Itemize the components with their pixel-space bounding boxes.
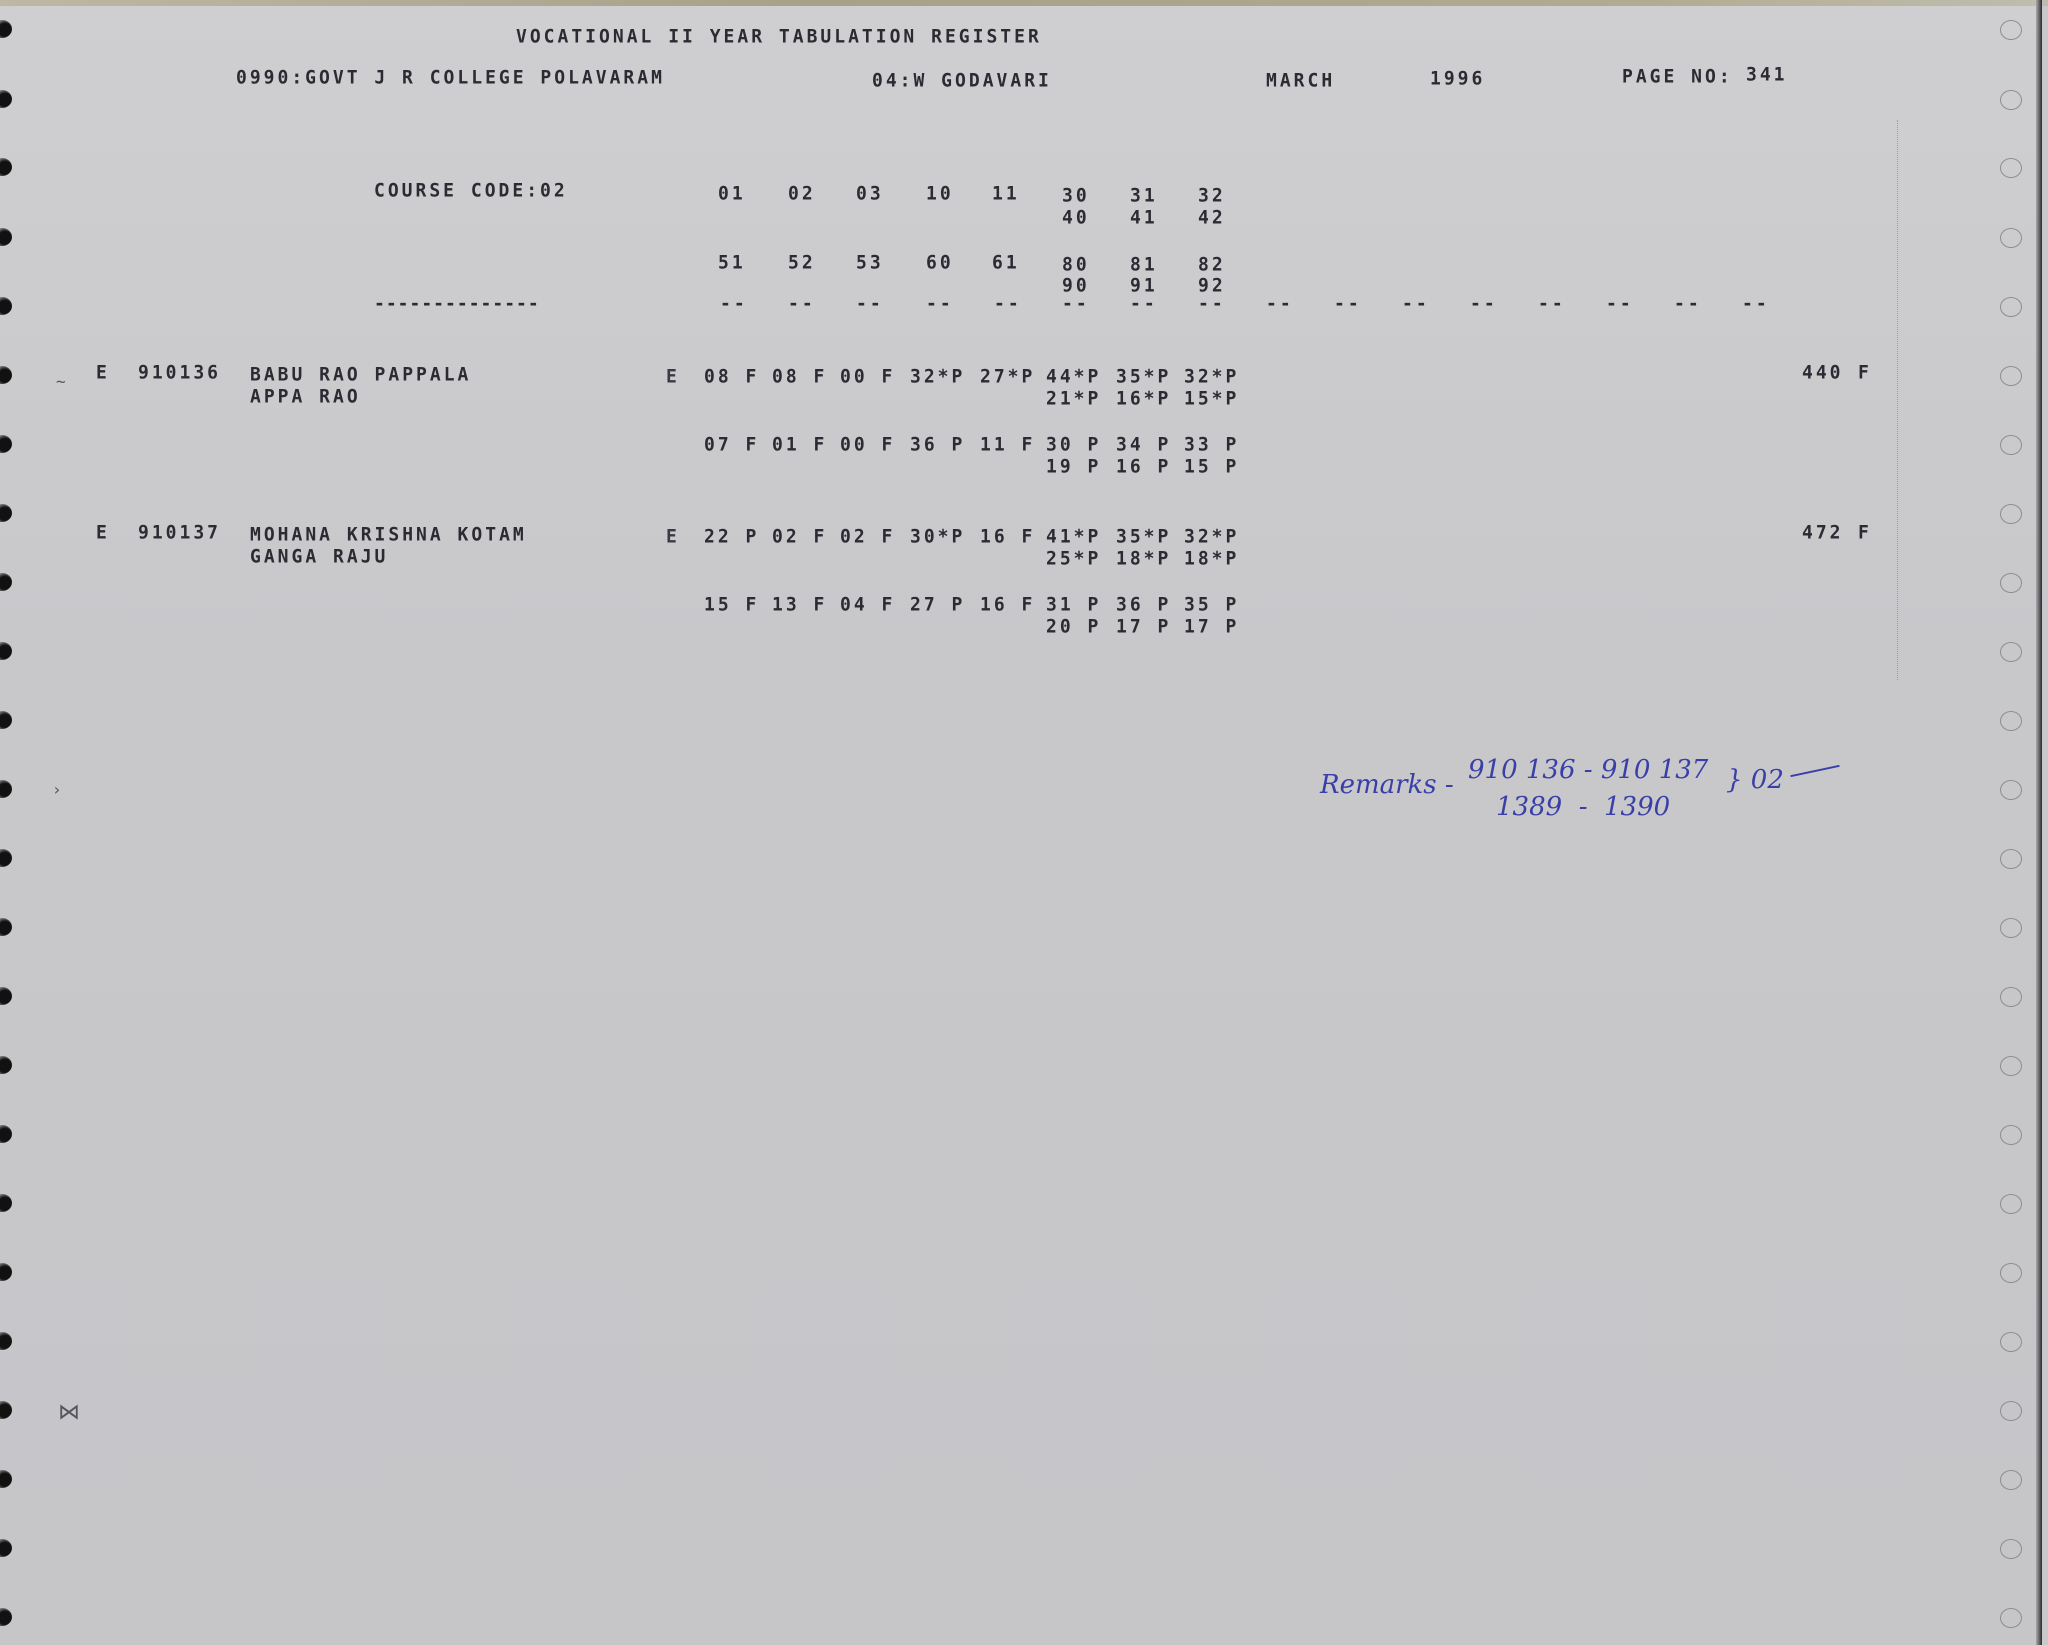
paper-right-edge [2036, 0, 2042, 1645]
tabulation-register-sheet: VOCATIONAL II YEAR TABULATION REGISTER 0… [0, 0, 2042, 1645]
exam-year: 1996 [1430, 67, 1485, 89]
page-label: PAGE NO: [1622, 65, 1733, 87]
father-name: APPA RAO [250, 385, 361, 407]
course-code: COURSE CODE:02 [374, 179, 568, 201]
exam-month: MARCH [1266, 69, 1335, 91]
underline-stroke [1790, 765, 1839, 777]
register-title: VOCATIONAL II YEAR TABULATION REGISTER [516, 25, 1042, 47]
result-status: F [1858, 361, 1872, 383]
remarks-range-line1: 910 136 - 910 137 [1468, 755, 1708, 785]
course-dash-line: -------------- [374, 292, 540, 314]
college-name: 0990:GOVT J R COLLEGE POLAVARAM [236, 66, 665, 88]
hall-ticket-number: 910136 [138, 361, 221, 383]
page-number: 341 [1746, 63, 1788, 85]
total-marks: 472 [1802, 521, 1844, 543]
medium: E [666, 365, 680, 387]
medium: E [666, 525, 680, 547]
student-type: E [96, 521, 110, 543]
remarks-label: Remarks - [1320, 770, 1454, 800]
student-name: BABU RAO PAPPALA [250, 363, 471, 385]
staple-mark-icon: ⋈ [58, 1400, 80, 1425]
student-name: MOHANA KRISHNA KOTAM [250, 523, 527, 545]
total-marks: 440 [1802, 361, 1844, 383]
result-status: F [1858, 521, 1872, 543]
student-type: E [96, 361, 110, 383]
father-name: GANGA RAJU [250, 545, 388, 567]
hall-ticket-number: 910137 [138, 521, 221, 543]
remarks-range-line2: 1389 - 1390 [1496, 792, 1670, 822]
district-name: 04:W GODAVARI [872, 69, 1052, 91]
paper-top-edge [0, 0, 2048, 6]
faint-ruled-line [1897, 120, 1898, 680]
pen-mark: › [52, 780, 62, 799]
remarks-brace-value: } 02 [1726, 765, 1784, 795]
